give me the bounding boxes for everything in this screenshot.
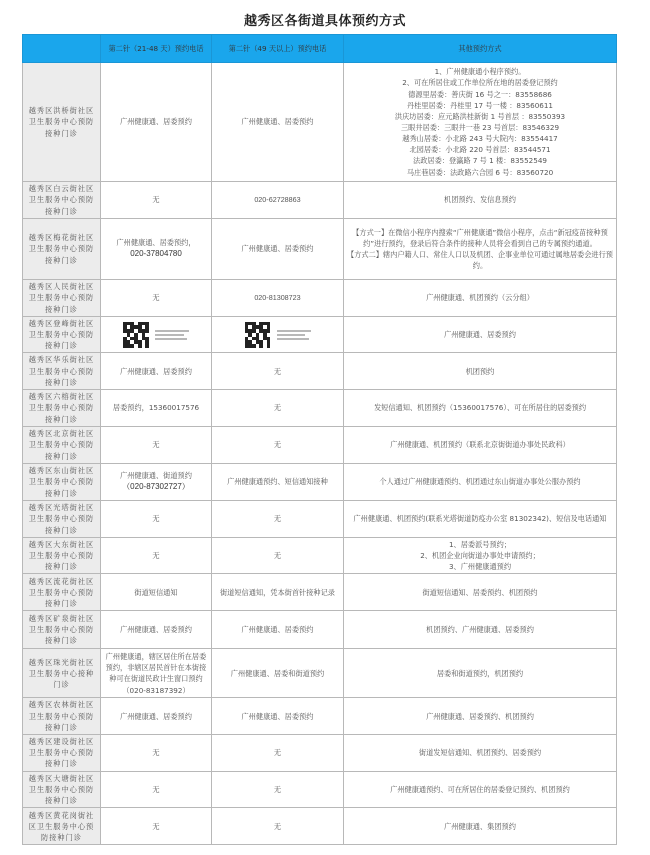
dose2-49plus-cell: 无: [212, 426, 344, 463]
table-row: 越秀区北京街社区卫生服务中心预防接种门诊无无广州健康通、机团预约（联系北京街街道…: [23, 426, 617, 463]
center-name: 越秀区北京街社区卫生服务中心预防接种门诊: [23, 426, 101, 463]
page-title: 越秀区各街道具体预约方式: [0, 10, 650, 29]
appointment-table: 第二针（21-48 天）预约电话 第二针（49 天以上）预约电话 其他预约方式 …: [22, 34, 617, 845]
dose2-21-48-cell: 广州健康通、居委预约: [101, 353, 212, 389]
other-methods-cell: 广州健康通、居委预约: [344, 317, 617, 353]
dose2-49plus-cell: [212, 317, 344, 353]
other-methods-cell: 发短信通知、机团预约（15360017576）、可在所居住的居委预约: [344, 389, 617, 426]
cell-line: 1、居委派号预约；: [347, 539, 613, 550]
dose2-49plus-cell: 广州健康通、居委预约: [212, 63, 344, 182]
cell-line: 三眼井居委：三眼井一巷 23 号首层：83546329: [347, 122, 613, 133]
cell-line: 020-37804780: [104, 248, 208, 260]
cell-line: 洪庆坊居委：应元路洪桂新街 1 号首层 ：83550393: [347, 111, 613, 122]
table-row: 越秀区农林街社区卫生服务中心预防接种门诊广州健康通、居委预约广州健康通、居委预约…: [23, 698, 617, 734]
dose2-49plus-cell: 无: [212, 734, 344, 771]
center-name: 越秀区白云街社区卫生服务中心预防接种门诊: [23, 182, 101, 219]
table-row: 越秀区东山街社区卫生服务中心预防接种门诊广州健康通、街道预约（020-87302…: [23, 463, 617, 500]
center-name: 越秀区华乐街社区卫生服务中心预防接种门诊: [23, 353, 101, 389]
qr-code-icon[interactable]: [245, 322, 271, 348]
qr-caption: [155, 330, 189, 340]
center-name: 越秀区光塔街社区卫生服务中心预防接种门诊: [23, 500, 101, 537]
table-row: 越秀区洪桥街社区卫生服务中心预防接种门诊广州健康通、居委预约广州健康通、居委预约…: [23, 63, 617, 182]
table-row: 越秀区流花街社区卫生服务中心预防接种门诊街道短信通知街道短信通知，凭本街首针接种…: [23, 574, 617, 611]
dose2-49plus-cell: 广州健康通、居委预约: [212, 698, 344, 734]
dose2-49plus-cell: 020-81308723: [212, 280, 344, 317]
table-row: 越秀区黄花岗街社区卫生服务中心预防接种门诊无无广州健康通、集团预约: [23, 808, 617, 845]
table-row: 越秀区白云街社区卫生服务中心预防接种门诊无020-62728863机团预约、发信…: [23, 182, 617, 219]
table-header-row: 第二针（21-48 天）预约电话 第二针（49 天以上）预约电话 其他预约方式: [23, 35, 617, 63]
table-row: 越秀区梅花街社区卫生服务中心预防接种门诊广州健康通、居委预约，020-37804…: [23, 219, 617, 280]
dose2-21-48-cell: 广州健康通、居委预约，020-37804780: [101, 219, 212, 280]
dose2-21-48-cell: 广州健康通、居委预约: [101, 611, 212, 649]
other-methods-cell: 广州健康通、机团预约(联系光塔街道防疫办公室 81302342)、短信及电话通知: [344, 500, 617, 537]
other-methods-cell: 1、居委派号预约；2、机团企业向街道办事处申请预约；3、广州健康通预约: [344, 537, 617, 573]
center-name: 越秀区建设街社区卫生服务中心预防接种门诊: [23, 734, 101, 771]
other-methods-cell: 个人通过广州健康通预约、机团通过东山街道办事处公服办预约: [344, 463, 617, 500]
header-other-methods: 其他预约方式: [344, 35, 617, 63]
cell-line: （020-87302727）: [104, 481, 208, 493]
other-methods-cell: 广州健康通、居委预约、机团预约: [344, 698, 617, 734]
table-row: 越秀区光塔街社区卫生服务中心预防接种门诊无无广州健康通、机团预约(联系光塔街道防…: [23, 500, 617, 537]
dose2-21-48-cell: 街道短信通知: [101, 574, 212, 611]
cell-line: 法政居委：登瀛路 7 号 1 楼：83552549: [347, 155, 613, 166]
table-row: 越秀区人民街社区卫生服务中心预防接种门诊无020-81308723广州健康通、机…: [23, 280, 617, 317]
dose2-21-48-cell: 无: [101, 808, 212, 845]
cell-line: 北园居委：小北路 220 号首层：83544571: [347, 144, 613, 155]
cell-line: 1、广州健康通小程序预约。: [347, 66, 613, 77]
table-row: 越秀区大东街社区卫生服务中心预防接种门诊无无1、居委派号预约；2、机团企业向街道…: [23, 537, 617, 573]
other-methods-cell: 机团预约、广州健康通、居委预约: [344, 611, 617, 649]
cell-line: 2、可在所居住或工作单位所在地的居委登记预约: [347, 77, 613, 88]
dose2-49plus-cell: 无: [212, 353, 344, 389]
cell-line: 丹桂里居委：丹桂里 17 号一楼 ：83560611: [347, 100, 613, 111]
header-dose2-21-48: 第二针（21-48 天）预约电话: [101, 35, 212, 63]
dose2-21-48-cell: 广州健康通，辖区居住所在居委预约，非辖区居民首针在本街接种可在街道民政计生窗口预…: [101, 649, 212, 698]
dose2-49plus-cell: 街道短信通知，凭本街首针接种记录: [212, 574, 344, 611]
dose2-21-48-cell: 无: [101, 771, 212, 807]
other-methods-cell: 1、广州健康通小程序预约。2、可在所居住或工作单位所在地的居委登记预约德源里居委…: [344, 63, 617, 182]
cell-line: 越秀山居委：小北路 243 号大院内：83554417: [347, 133, 613, 144]
dose2-21-48-cell: 无: [101, 182, 212, 219]
center-name: 越秀区流花街社区卫生服务中心预防接种门诊: [23, 574, 101, 611]
cell-line: 2、机团企业向街道办事处申请预约；: [347, 550, 613, 561]
center-name: 越秀区东山街社区卫生服务中心预防接种门诊: [23, 463, 101, 500]
center-name: 越秀区梅花街社区卫生服务中心预防接种门诊: [23, 219, 101, 280]
other-methods-cell: 广州健康通预约、可在所居住的居委登记预约、机团预约: [344, 771, 617, 807]
other-methods-cell: 广州健康通、机团预约（联系北京街街道办事处民政科）: [344, 426, 617, 463]
other-methods-cell: 广州健康通、集团预约: [344, 808, 617, 845]
qr-code-icon[interactable]: [123, 322, 149, 348]
dose2-49plus-cell: 无: [212, 537, 344, 573]
other-methods-cell: 广州健康通、机团预约（云分组）: [344, 280, 617, 317]
dose2-49plus-cell: 广州健康通、居委预约: [212, 611, 344, 649]
center-name: 越秀区大东街社区卫生服务中心预防接种门诊: [23, 537, 101, 573]
qr-code-group[interactable]: [215, 322, 340, 348]
dose2-21-48-cell: 无: [101, 734, 212, 771]
table-row: 越秀区大塘街社区卫生服务中心预防接种门诊无无广州健康通预约、可在所居住的居委登记…: [23, 771, 617, 807]
dose2-21-48-cell: 无: [101, 500, 212, 537]
table-row: 越秀区六榕街社区卫生服务中心预防接种门诊居委预约，15360017576无发短信…: [23, 389, 617, 426]
dose2-21-48-cell: 广州健康通、居委预约: [101, 698, 212, 734]
cell-line: 广州健康通、街道预约: [104, 470, 208, 481]
dose2-49plus-cell: 无: [212, 771, 344, 807]
other-methods-cell: 居委和街道预约，机团预约: [344, 649, 617, 698]
dose2-21-48-cell: 居委预约，15360017576: [101, 389, 212, 426]
dose2-49plus-cell: 广州健康通预约、短信通知接种: [212, 463, 344, 500]
dose2-21-48-cell: 无: [101, 280, 212, 317]
dose2-21-48-cell: 无: [101, 537, 212, 573]
other-methods-cell: 【方式一】在微信小程序内搜索“广州健康通”微信小程序，点击“新冠疫苗接种预约”进…: [344, 219, 617, 280]
header-center: [23, 35, 101, 63]
center-name: 越秀区大塘街社区卫生服务中心预防接种门诊: [23, 771, 101, 807]
dose2-49plus-cell: 广州健康通、居委和街道预约: [212, 649, 344, 698]
qr-code-group[interactable]: [104, 322, 208, 348]
table-row: 越秀区登峰街社区卫生服务中心预防接种门诊广州健康通、居委预约: [23, 317, 617, 353]
center-name: 越秀区珠光街社区卫生服务中心接种门诊: [23, 649, 101, 698]
other-methods-cell: 街道发短信通知、机团预约、居委预约: [344, 734, 617, 771]
dose2-49plus-cell: 无: [212, 500, 344, 537]
center-name: 越秀区人民街社区卫生服务中心预防接种门诊: [23, 280, 101, 317]
table-row: 越秀区华乐街社区卫生服务中心预防接种门诊广州健康通、居委预约无机团预约: [23, 353, 617, 389]
cell-line: 3、广州健康通预约: [347, 561, 613, 572]
table-row: 越秀区矿泉街社区卫生服务中心预防接种门诊广州健康通、居委预约广州健康通、居委预约…: [23, 611, 617, 649]
dose2-49plus-cell: 无: [212, 389, 344, 426]
other-methods-cell: 机团预约: [344, 353, 617, 389]
dose2-49plus-cell: 广州健康通、居委预约: [212, 219, 344, 280]
center-name: 越秀区黄花岗街社区卫生服务中心预防接种门诊: [23, 808, 101, 845]
table-row: 越秀区建设街社区卫生服务中心预防接种门诊无无街道发短信通知、机团预约、居委预约: [23, 734, 617, 771]
center-name: 越秀区六榕街社区卫生服务中心预防接种门诊: [23, 389, 101, 426]
qr-caption: [277, 330, 311, 340]
dose2-21-48-cell: 广州健康通、居委预约: [101, 63, 212, 182]
dose2-49plus-cell: 020-62728863: [212, 182, 344, 219]
cell-paragraph: 【方式二】辖内户籍人口、常住人口以及机团、企事业单位可通过属地居委会进行预约。: [347, 249, 613, 271]
other-methods-cell: 机团预约、发信息预约: [344, 182, 617, 219]
other-methods-cell: 街道短信通知、居委预约、机团预约: [344, 574, 617, 611]
header-dose2-49plus: 第二针（49 天以上）预约电话: [212, 35, 344, 63]
dose2-21-48-cell: 无: [101, 426, 212, 463]
cell-line: 德源里居委：善庆街 16 号之一：83558686: [347, 89, 613, 100]
center-name: 越秀区洪桥街社区卫生服务中心预防接种门诊: [23, 63, 101, 182]
cell-line: 广州健康通、居委预约，: [104, 237, 208, 248]
cell-paragraph: 【方式一】在微信小程序内搜索“广州健康通”微信小程序，点击“新冠疫苗接种预约”进…: [347, 227, 613, 249]
table-row: 越秀区珠光街社区卫生服务中心接种门诊广州健康通，辖区居住所在居委预约，非辖区居民…: [23, 649, 617, 698]
center-name: 越秀区登峰街社区卫生服务中心预防接种门诊: [23, 317, 101, 353]
dose2-21-48-cell: 广州健康通、街道预约（020-87302727）: [101, 463, 212, 500]
cell-line: 马庄巷居委：法政路六合园 6 号：83560720: [347, 167, 613, 178]
dose2-21-48-cell: [101, 317, 212, 353]
dose2-49plus-cell: 无: [212, 808, 344, 845]
center-name: 越秀区矿泉街社区卫生服务中心预防接种门诊: [23, 611, 101, 649]
center-name: 越秀区农林街社区卫生服务中心预防接种门诊: [23, 698, 101, 734]
